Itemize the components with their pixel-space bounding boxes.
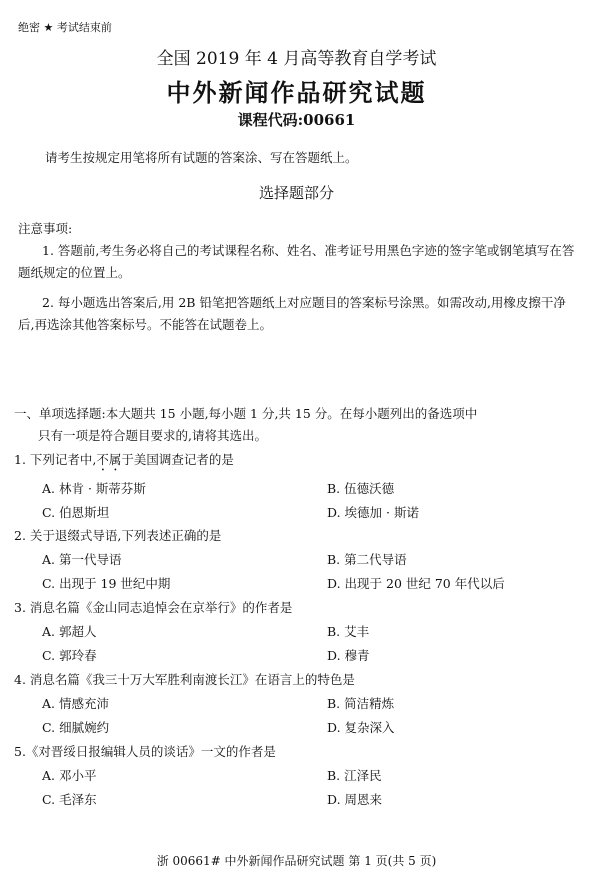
option-c: C. 郭玲春 <box>42 646 97 664</box>
question-stem: 2. 关于退缀式导语,下列表述正确的是 <box>14 526 221 544</box>
exam-title: 全国 2019 年 4 月高等教育自学考试 <box>0 44 593 69</box>
part-heading-line1: 一、单项选择题:本大题共 15 小题,每小题 1 分,共 15 分。在每小题列出… <box>14 406 477 421</box>
question-stem: 4. 消息名篇《我三十万大军胜利南渡长江》在语言上的特色是 <box>14 670 355 688</box>
option-c: C. 毛泽东 <box>42 790 97 808</box>
stem-text: 1. 下列记者中, <box>14 452 96 467</box>
option-b: B. 江泽民 <box>327 766 382 784</box>
question-stem: 1. 下列记者中,不属于美国调查记者的是 <box>14 450 234 474</box>
option-b: B. 第二代导语 <box>327 550 407 568</box>
option-a: A. 林肯 · 斯蒂芬斯 <box>42 479 146 497</box>
emphasized-text: 不属 <box>96 452 121 467</box>
section-heading: 选择题部分 <box>0 182 593 203</box>
course-code: 课程代码:00661 <box>0 109 593 130</box>
general-instruction: 请考生按规定用笔将所有试题的答案涂、写在答题纸上。 <box>45 148 358 166</box>
option-d: D. 穆青 <box>327 646 370 664</box>
option-b: B. 艾丰 <box>327 622 369 640</box>
page-footer: 浙 00661# 中外新闻作品研究试题 第 1 页(共 5 页) <box>0 852 593 869</box>
question-stem: 5.《对晋绥日报编辑人员的谈话》一文的作者是 <box>14 742 276 760</box>
stem-text: 于美国调查记者的是 <box>121 452 234 467</box>
option-c: C. 细腻婉约 <box>42 718 109 736</box>
option-b: B. 简洁精炼 <box>327 694 394 712</box>
confidential-label: 绝密 ★ 考试结束前 <box>18 19 112 35</box>
option-d: D. 出现于 20 世纪 70 年代以后 <box>327 574 505 592</box>
option-a: A. 情感充沛 <box>42 694 109 712</box>
note-item: 1. 答题前,考生务必将自己的考试课程名称、姓名、准考证号用黑色字迹的签字笔或钢… <box>18 240 580 284</box>
note-item: 2. 每小题选出答案后,用 2B 铅笔把答题纸上对应题目的答案标号涂黑。如需改动… <box>18 292 580 336</box>
part-one-heading: 一、单项选择题:本大题共 15 小题,每小题 1 分,共 15 分。在每小题列出… <box>14 403 584 447</box>
option-d: D. 复杂深入 <box>327 718 395 736</box>
question-stem: 3. 消息名篇《金山同志追悼会在京举行》的作者是 <box>14 598 292 616</box>
option-d: D. 埃德加 · 斯诺 <box>327 503 419 521</box>
subject-title: 中外新闻作品研究试题 <box>0 73 593 108</box>
option-d: D. 周恩来 <box>327 790 382 808</box>
option-a: A. 第一代导语 <box>42 550 121 568</box>
notes-label: 注意事项: <box>18 219 72 237</box>
option-c: C. 出现于 19 世纪中期 <box>42 574 170 592</box>
option-c: C. 伯恩斯坦 <box>42 503 109 521</box>
part-heading-line2: 只有一项是符合题目要求的,请将其选出。 <box>14 425 584 447</box>
option-b: B. 伍德沃德 <box>327 479 394 497</box>
option-a: A. 邓小平 <box>42 766 96 784</box>
option-a: A. 郭超人 <box>42 622 96 640</box>
